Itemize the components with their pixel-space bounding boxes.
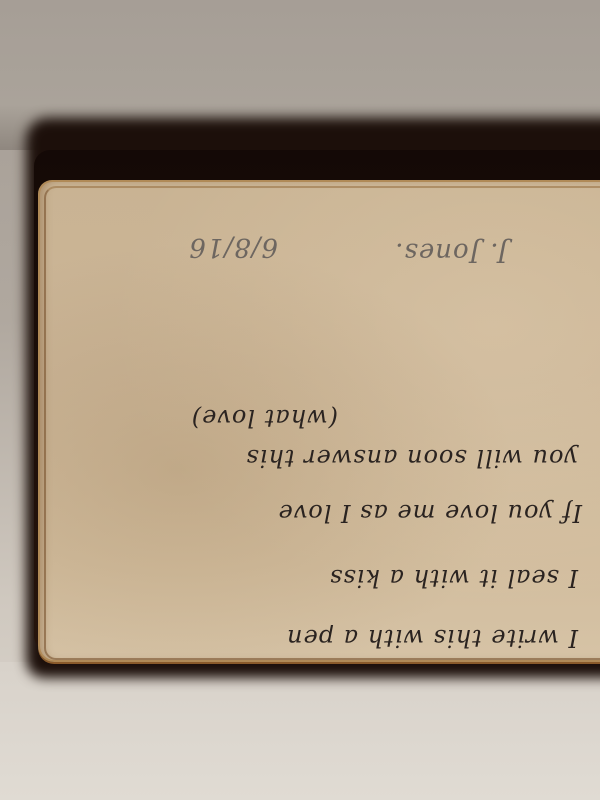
signature: J. Jones.	[394, 237, 508, 267]
table-surface	[0, 662, 600, 800]
date-text: 6/8/16	[188, 232, 278, 262]
verse-line-3: If you love me as I love	[278, 499, 582, 527]
verse-line-5: (what love)	[191, 404, 338, 432]
handwritten-inscription: I write this with a pen I seal it with a…	[38, 180, 600, 662]
verse-line-4: you will soon answer this	[245, 444, 578, 472]
verse-line-2: I seal it with a kiss	[329, 564, 578, 592]
verse-line-1: I write this with a pen	[286, 624, 578, 652]
